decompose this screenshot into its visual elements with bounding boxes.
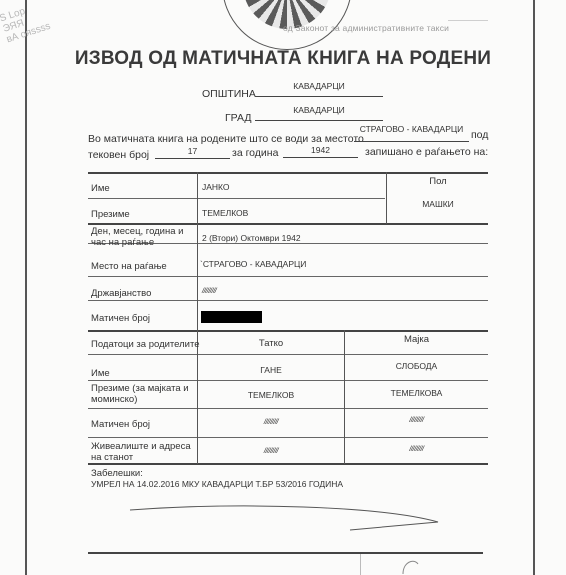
parent-row-label: Живеалиште и адреса на станот (91, 441, 201, 463)
bottom-rule (88, 552, 483, 554)
year-label: за година (232, 147, 278, 159)
recorded-label: запишано е раѓањето на: (365, 146, 488, 158)
table-rule (88, 354, 488, 355)
right-page-border (533, 0, 535, 575)
bottom-column-rule (360, 554, 361, 575)
table-rule (88, 223, 488, 225)
birth-date-label: Ден, месец, година и час на раѓање (91, 226, 197, 248)
table-rule (88, 276, 488, 277)
father-first-name: ГАНЕ (198, 365, 344, 375)
citizenship-label: Државјанство (91, 288, 151, 299)
mother-first-name: СЛОБОДА (345, 361, 488, 371)
birth-place-value: `СТРАГОВО - КАВАДАРЦИ (200, 259, 306, 269)
year-underline (283, 157, 358, 158)
fee-law-text: од Законот за административните такси (283, 23, 449, 33)
table-rule (88, 463, 488, 465)
table-rule (88, 437, 488, 438)
parent-row-label: Презиме (за мајката и моминско) (91, 383, 195, 405)
father-surname: ТЕМЕЛКОВ (198, 390, 344, 400)
father-address: ///////// (198, 446, 344, 455)
document-title: ИЗВОД ОД МАТИЧНАТА КНИГА НА РОДЕНИ (0, 48, 566, 70)
father-id-number: ///////// (198, 417, 344, 426)
table-rule (88, 330, 488, 332)
serial-underline (155, 158, 230, 159)
left-page-border (25, 0, 27, 575)
register-sentence-start: Во матичната книга на родените што се во… (88, 133, 364, 145)
parent-row-label: Име (91, 368, 110, 379)
municipality-label: ОПШТИНА (202, 88, 256, 100)
surname-label: Презиме (91, 209, 130, 220)
year-value: 1942 (283, 145, 358, 155)
serial-label: тековен број (88, 149, 149, 161)
notes-label: Забелешки: (91, 468, 143, 479)
municipality-value: КАВАДАРЦИ (255, 81, 383, 91)
signature-stroke (120, 500, 450, 540)
city-value: КАВАДАРЦИ (255, 105, 383, 115)
table-rule (88, 198, 385, 199)
place-underline (354, 141, 469, 142)
table-column-rule (386, 172, 387, 224)
place-value: СТРАГОВО - КАВАДАРЦИ (354, 124, 469, 134)
id-number-label: Матичен број (91, 313, 150, 324)
city-label: ГРАД (225, 112, 251, 124)
citizenship-value: ///////// (202, 286, 216, 295)
mother-address: ///////// (345, 444, 488, 453)
municipality-underline (255, 96, 383, 97)
notes-text: УМРЕЛ НА 14.02.2016 МКУ КАВАДАРЦИ Т.БР 5… (91, 479, 343, 489)
mother-surname: ТЕМЕЛКОВА (345, 388, 488, 398)
table-rule (88, 380, 488, 381)
seal-arc-icon (400, 556, 420, 575)
surname-value: ТЕМЕЛКОВ (202, 208, 248, 218)
faint-divider (448, 20, 488, 21)
mother-id-number: ///////// (345, 415, 488, 424)
table-rule (88, 172, 488, 174)
mother-header: Мајка (345, 334, 488, 345)
first-name-value: ЈАНКО (202, 182, 230, 192)
father-header: Татко (198, 338, 344, 349)
sex-label: Пол (388, 176, 488, 187)
birth-date-value: 2 (Втори) Октомври 1942 (202, 233, 301, 243)
under-label: под (471, 129, 488, 141)
serial-value: 17 (155, 146, 230, 156)
table-rule (88, 408, 488, 409)
sex-value: МАШКИ (388, 199, 488, 209)
redacted-id-number (201, 311, 262, 323)
parent-row-label: Матичен број (91, 419, 150, 430)
city-underline (255, 120, 383, 121)
birth-place-label: Место на раѓање (91, 261, 167, 272)
table-rule (88, 300, 488, 301)
first-name-label: Име (91, 183, 110, 194)
parents-section-label: Податоци за родителите (91, 339, 200, 350)
